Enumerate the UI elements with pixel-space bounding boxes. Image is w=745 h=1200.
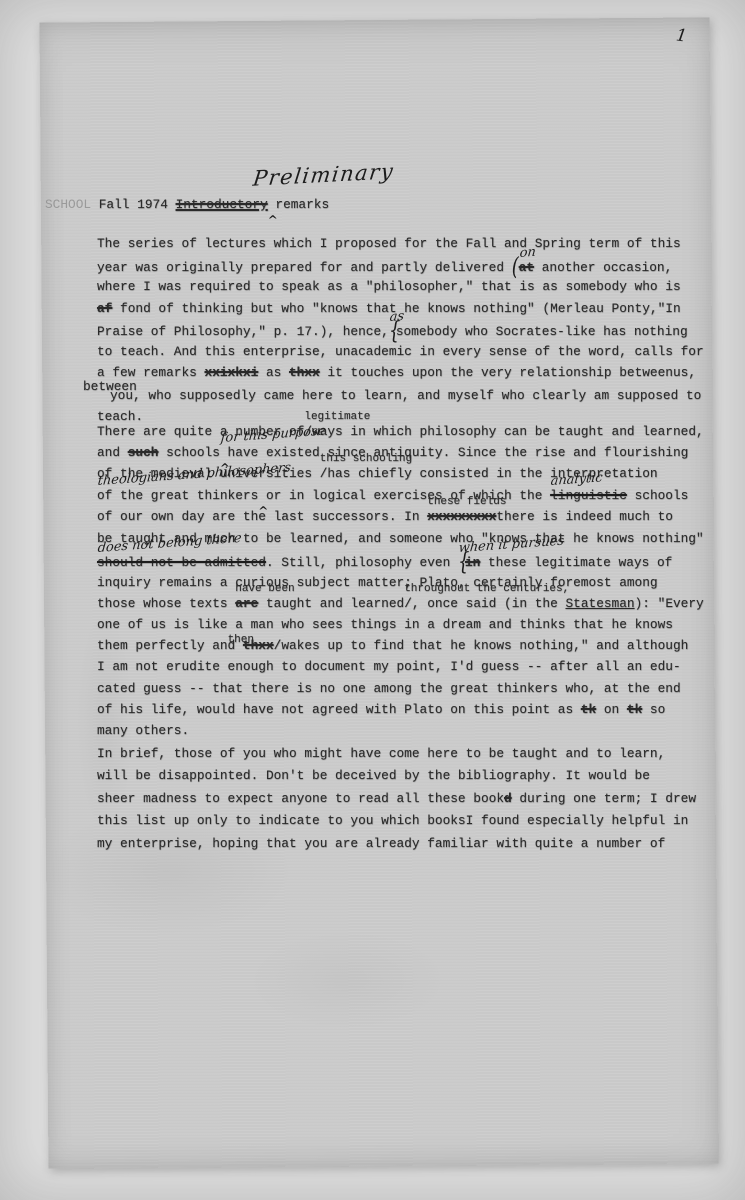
typed-line: I am not erudite enough to document my p… <box>97 659 681 674</box>
typed-line: where I was required to speak as a "phil… <box>97 279 681 294</box>
typed-line: Praise of Philosophy," p. 17.), hence,as… <box>97 322 688 339</box>
typed-line: teach. <box>97 409 143 424</box>
typed-line: many others. <box>97 723 189 738</box>
header-line: SCHOOL Fall 1974 Introductory^ remarks <box>45 197 329 212</box>
typed-line: cated guess -- that there is no one amon… <box>97 681 681 696</box>
typed-line: inquiry remains a curious subject matter… <box>97 575 658 590</box>
typed-line: of his life, would have not agreed with … <box>97 702 665 717</box>
typed-line: af fond of thinking but who "knows that … <box>97 301 681 316</box>
typed-line: them perfectly and thxx/wakes up to find… <box>97 638 688 653</box>
typed-line: The series of lectures which I proposed … <box>97 236 681 251</box>
typed-line: sheer madness to expect anyone to read a… <box>97 791 696 806</box>
typed-line: those whose texts have beenare taught an… <box>97 596 704 611</box>
typed-line: of our own day are the last successors. … <box>97 509 673 524</box>
scanned-page: SCHOOL Fall 1974 Introductory^ remarksPr… <box>0 0 745 1200</box>
typed-line: a few remarks xxixkxi as thxx it touches… <box>97 365 696 380</box>
typed-line: to teach. And this enterprise, unacademi… <box>97 344 704 359</box>
typed-line: this list up only to indicate to you whi… <box>97 813 688 828</box>
typed-line: theologians and philosophersof the great… <box>97 488 688 503</box>
typed-line: year was originally prepared for and par… <box>97 258 672 275</box>
handwritten-title: Preliminary <box>253 168 394 186</box>
text-layer: SCHOOL Fall 1974 Introductory^ remarksPr… <box>0 0 745 1200</box>
typed-line: my enterprise, hoping that you are alrea… <box>97 836 665 851</box>
typed-line: There are quite a number oflegitimate/wa… <box>97 424 704 439</box>
typed-line: one of us is likethen a man who sees thi… <box>97 617 673 632</box>
typed-line: In brief, those of you who might have co… <box>97 746 665 761</box>
typed-line: will be disappointed. Don't be deceived … <box>97 768 650 783</box>
typed-line: you, who supposedly came here to learn, … <box>110 388 701 403</box>
typed-line: does not belong thereshould not be admit… <box>97 553 672 570</box>
